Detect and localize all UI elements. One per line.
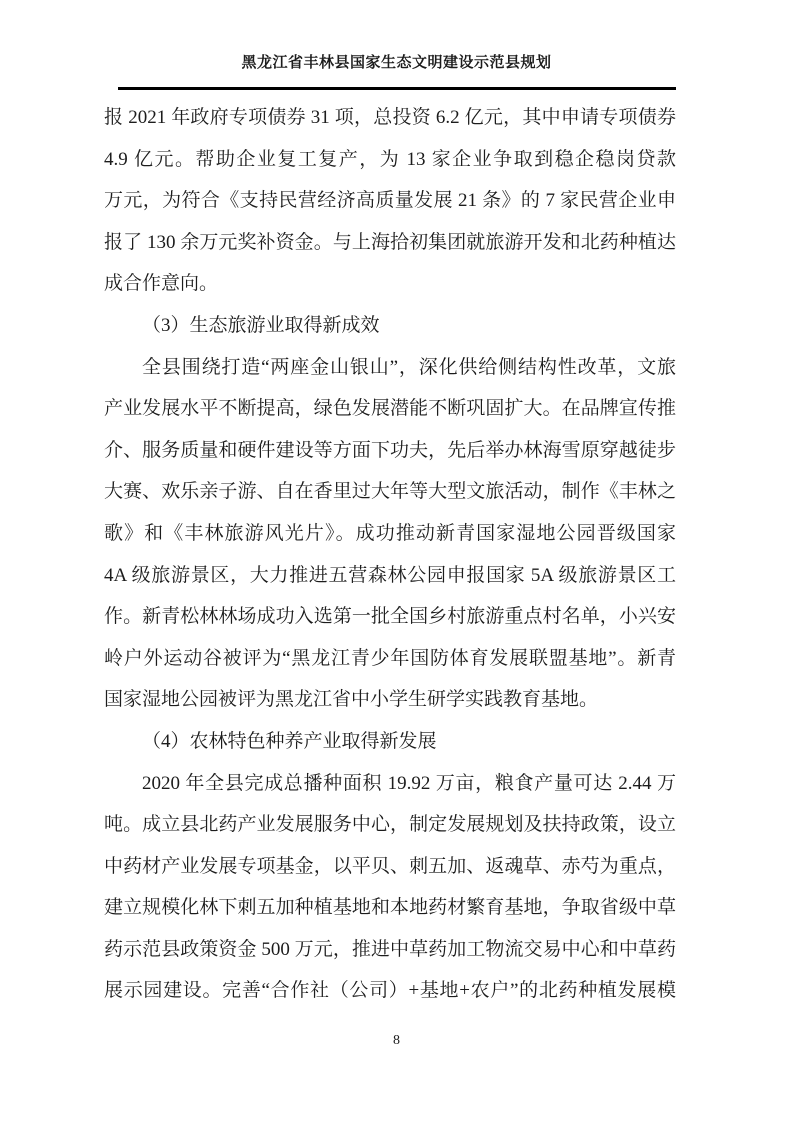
- doc-line: 歌》和《丰林旅游风光片》。成功推动新青国家湿地公园晋级国家: [104, 513, 676, 555]
- page-number: 8: [0, 1028, 793, 1054]
- doc-line: 报了 130 余万元奖补资金。与上海拾初集团就旅游开发和北药种植达: [104, 222, 676, 264]
- header-rule-divider: [118, 87, 676, 90]
- doc-line: 岭户外运动谷被评为“黑龙江青少年国防体育发展联盟基地”。新青: [104, 638, 676, 680]
- doc-line: 成合作意向。: [104, 263, 676, 305]
- section-heading-3: （3）生态旅游业取得新成效: [104, 305, 676, 347]
- doc-line: 4A 级旅游景区，大力推进五营森林公园申报国家 5A 级旅游景区工: [104, 555, 676, 597]
- doc-line: 介、服务质量和硬件建设等方面下功夫，先后举办林海雪原穿越徒步: [104, 430, 676, 472]
- doc-line: 4.9 亿元。帮助企业复工复产，为 13 家企业争取到稳企稳岗贷款 6168: [104, 139, 676, 181]
- doc-line: 2020 年全县完成总播种面积 19.92 万亩，粮食产量可达 2.44 万: [104, 763, 676, 805]
- doc-line: 展示园建设。完善“合作社（公司）+基地+农户”的北药种植发展模: [104, 970, 676, 1012]
- section-heading-4: （4）农林特色种养产业取得新发展: [104, 721, 676, 763]
- doc-line: 药示范县政策资金 500 万元，推进中草药加工物流交易中心和中草药: [104, 929, 676, 971]
- doc-line: 全县围绕打造“两座金山银山”，深化供给侧结构性改革，文旅: [104, 347, 676, 389]
- doc-line: 国家湿地公园被评为黑龙江省中小学生研学实践教育基地。: [104, 679, 676, 721]
- doc-line: 作。新青松林林场成功入选第一批全国乡村旅游重点村名单，小兴安: [104, 596, 676, 638]
- doc-line: 报 2021 年政府专项债券 31 项，总投资 6.2 亿元，其中申请专项债券: [104, 97, 676, 139]
- doc-line: 吨。成立县北药产业发展服务中心，制定发展规划及扶持政策，设立: [104, 804, 676, 846]
- header-title: 黑龙江省丰林县国家生态文明建设示范县规划: [0, 53, 793, 74]
- doc-line: 中药材产业发展专项基金，以平贝、刺五加、返魂草、赤芍为重点，: [104, 846, 676, 888]
- doc-line: 大赛、欢乐亲子游、自在香里过大年等大型文旅活动，制作《丰林之: [104, 471, 676, 513]
- doc-line: 建立规模化林下刺五加种植基地和本地药材繁育基地，争取省级中草: [104, 887, 676, 929]
- doc-line: 产业发展水平不断提高，绿色发展潜能不断巩固扩大。在品牌宣传推: [104, 388, 676, 430]
- document-body: 报 2021 年政府专项债券 31 项，总投资 6.2 亿元，其中申请专项债券 …: [104, 97, 676, 1012]
- doc-line: 万元，为符合《支持民营经济高质量发展 21 条》的 7 家民营企业申: [104, 180, 676, 222]
- document-page: 黑龙江省丰林县国家生态文明建设示范县规划 报 2021 年政府专项债券 31 项…: [0, 0, 793, 1122]
